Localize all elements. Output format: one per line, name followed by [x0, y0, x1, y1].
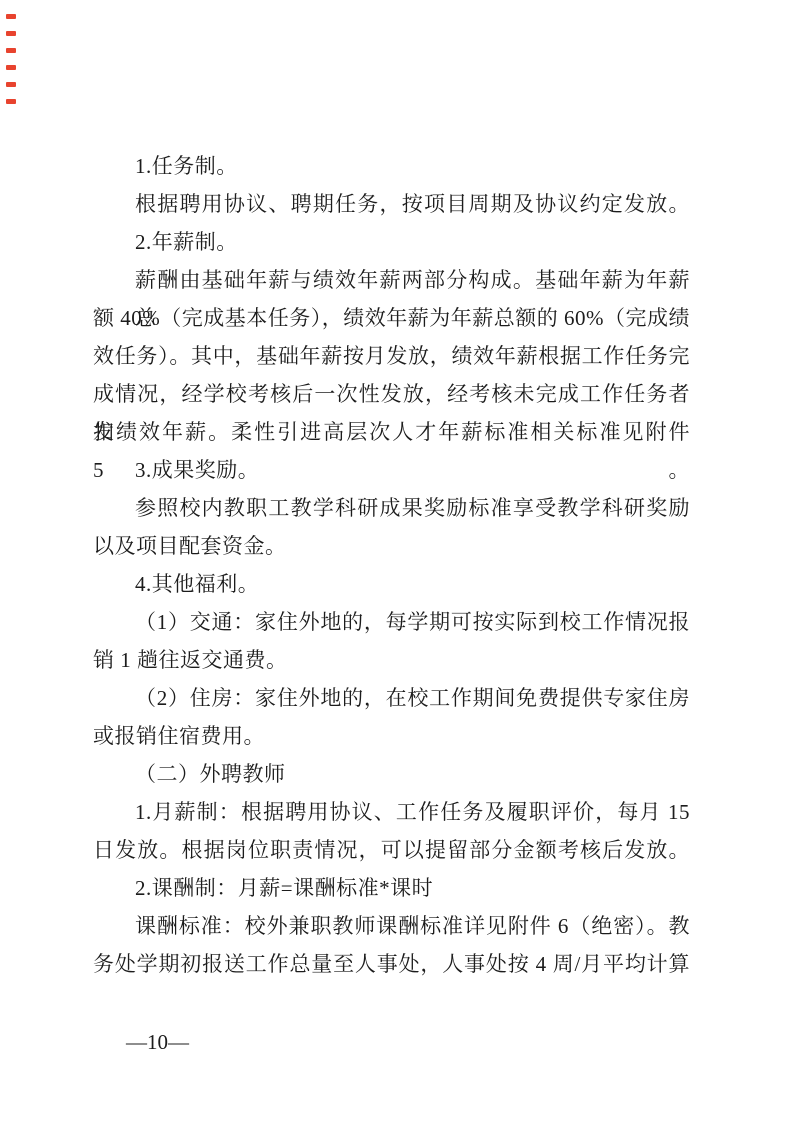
text-line: 薪酬由基础年薪与绩效年薪两部分构成。基础年薪为年薪总: [93, 261, 690, 299]
scan-mark: [6, 65, 16, 70]
text-line: 日发放。根据岗位职责情况，可以提留部分金额考核后发放。: [93, 831, 690, 869]
scan-mark: [6, 48, 16, 53]
scan-mark: [6, 99, 16, 104]
text-line: 效任务）。其中，基础年薪按月发放，绩效年薪根据工作任务完: [93, 337, 690, 375]
scan-mark: [6, 82, 16, 87]
text-line: 或报销住宿费用。: [93, 717, 690, 755]
scan-mark: [6, 31, 16, 36]
text-line: 额 40%（完成基本任务），绩效年薪为年薪总额的 60%（完成绩: [93, 299, 690, 337]
text-line: 参照校内教职工教学科研成果奖励标准享受教学科研奖励: [93, 489, 690, 527]
text-line: （1）交通：家住外地的，每学期可按实际到校工作情况报: [93, 603, 690, 641]
text-line: 以及项目配套资金。: [93, 527, 690, 565]
text-line: （二）外聘教师: [93, 755, 690, 793]
text-line: 发绩效年薪。柔性引进高层次人才年薪标准相关标准见附件 5。: [93, 413, 690, 451]
text-line: 1.月薪制：根据聘用协议、工作任务及履职评价，每月 15: [93, 793, 690, 831]
scan-mark: [6, 14, 16, 19]
text-line: 课酬标准：校外兼职教师课酬标准详见附件 6（绝密）。教: [93, 907, 690, 945]
text-line: 1.任务制。: [93, 147, 690, 185]
red-scan-marks: [6, 0, 18, 220]
document-body: 1.任务制。根据聘用协议、聘期任务，按项目周期及协议约定发放。2.年薪制。薪酬由…: [93, 147, 690, 983]
text-line: 成情况，经学校考核后一次性发放，经考核未完成工作任务者扣: [93, 375, 690, 413]
text-line: 2.年薪制。: [93, 223, 690, 261]
text-line: 4.其他福利。: [93, 565, 690, 603]
page-number: —10—: [126, 1030, 189, 1054]
text-line: 2.课酬制：月薪=课酬标准*课时: [93, 869, 690, 907]
document-page: 1.任务制。根据聘用协议、聘期任务，按项目周期及协议约定发放。2.年薪制。薪酬由…: [0, 0, 794, 1122]
text-line: 销 1 趟往返交通费。: [93, 641, 690, 679]
text-line: 务处学期初报送工作总量至人事处，人事处按 4 周/月平均计算: [93, 945, 690, 983]
text-line: （2）住房：家住外地的，在校工作期间免费提供专家住房: [93, 679, 690, 717]
text-line: 根据聘用协议、聘期任务，按项目周期及协议约定发放。: [93, 185, 690, 223]
